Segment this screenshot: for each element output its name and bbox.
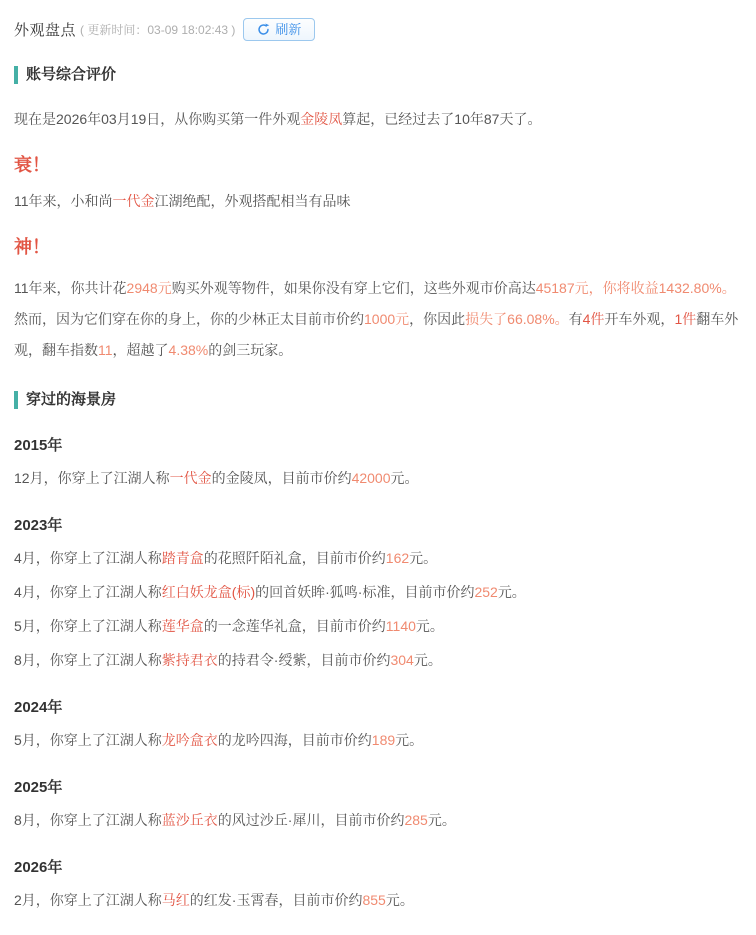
- plain-text: 元。: [498, 584, 526, 600]
- plain-text: 4月，你穿上了江湖人称: [14, 584, 162, 600]
- timeline-item: 4月，你穿上了江湖人称红白妖龙盒(标)的回首妖眸·狐鸣·标准，目前市价约252元…: [14, 582, 740, 603]
- plain-text: 8月，你穿上了江湖人称: [14, 652, 162, 668]
- year-heading: 2025年: [14, 776, 740, 797]
- timeline-list: 2015年12月，你穿上了江湖人称一代金的金陵凤，目前市价约42000元。202…: [14, 434, 740, 911]
- verdict-bad-paragraph: 11年来，小和尚一代金江湖绝配，外观搭配相当有品味: [14, 190, 740, 212]
- highlight-text: 4件: [583, 311, 605, 327]
- plain-text: 2月，你穿上了江湖人称: [14, 892, 162, 908]
- highlight-text: 304: [390, 652, 413, 668]
- section-heading-account-summary: 账号综合评价: [14, 66, 740, 84]
- highlight-text: 踏青盒: [162, 550, 204, 566]
- plain-text: 11年来，你共计花: [14, 280, 127, 296]
- highlight-text: 1140: [386, 618, 416, 634]
- timeline-item: 8月，你穿上了江湖人称蓝沙丘衣的风过沙丘·犀川，目前市价约285元。: [14, 810, 740, 831]
- refresh-button[interactable]: 刷新: [243, 18, 315, 41]
- highlight-text: 紫持君衣: [162, 652, 218, 668]
- highlight-text: 金陵凤: [300, 111, 342, 127]
- plain-text: 算起，已经过去了10年87天了。: [342, 111, 541, 127]
- timeline-item: 2月，你穿上了江湖人称马红的红发·玉霄春，目前市价约855元。: [14, 890, 740, 911]
- highlight-text: 45187元: [536, 280, 589, 296]
- plain-text: 5月，你穿上了江湖人称: [14, 732, 162, 748]
- plain-text: 的金陵凤，目前市价约: [212, 470, 352, 486]
- year-heading: 2026年: [14, 856, 740, 877]
- plain-text: 元。: [395, 732, 423, 748]
- timeline-item: 4月，你穿上了江湖人称踏青盒的花照阡陌礼盒，目前市价约162元。: [14, 548, 740, 569]
- timeline-item: 8月，你穿上了江湖人称紫持君衣的持君令·绶紫，目前市价约304元。: [14, 650, 740, 671]
- plain-text: 购买外观等物件，如果你没有穿上它们，这些外观市价高达: [172, 280, 536, 296]
- verdict-good-heading: 神！: [14, 233, 740, 259]
- topbar: 外观盘点 ( 更新时间：03-09 18:02:43 ) 刷新: [14, 18, 740, 41]
- plain-text: 然而，因为它们穿在你的身上，你的少林正太目前市价约: [14, 311, 364, 327]
- plain-text: 开车外观，: [604, 311, 674, 327]
- highlight-text: 189: [372, 732, 395, 748]
- highlight-text: 1000元: [364, 311, 409, 327]
- plain-text: 的剑三玩家。: [208, 342, 292, 358]
- plain-text: 的风过沙丘·犀川，目前市价约: [218, 812, 405, 828]
- highlight-text: 1件: [674, 311, 696, 327]
- highlight-text: 162: [386, 550, 409, 566]
- plain-text: 元。: [416, 618, 444, 634]
- plain-text: ，超越了: [113, 342, 169, 358]
- update-time: ( 更新时间：03-09 18:02:43 ): [80, 21, 235, 38]
- verdict-bad-heading: 衰！: [14, 151, 740, 177]
- plain-text: 元。: [409, 550, 437, 566]
- plain-text: 11年来，小和尚: [14, 193, 113, 209]
- plain-text: 现在是2026年03月19日，从你购买第一件外观: [14, 111, 300, 127]
- summary-intro-paragraph: 现在是2026年03月19日，从你购买第一件外观金陵凤算起，已经过去了10年87…: [14, 108, 740, 130]
- highlight-text: 一代金: [170, 470, 212, 486]
- highlight-text: 285: [404, 812, 427, 828]
- plain-text: 的持君令·绶紫，目前市价约: [218, 652, 391, 668]
- plain-text: 元。: [391, 470, 419, 486]
- appearance-report-page: 外观盘点 ( 更新时间：03-09 18:02:43 ) 刷新 账号综合评价 现…: [0, 0, 756, 935]
- plain-text: 的花照阡陌礼盒，目前市价约: [204, 550, 386, 566]
- verdict-good-paragraph: 11年来，你共计花2948元购买外观等物件，如果你没有穿上它们，这些外观市价高达…: [14, 273, 740, 366]
- highlight-text: 4.38%: [169, 342, 209, 358]
- highlight-text: 莲华盒: [162, 618, 204, 634]
- plain-text: 元。: [386, 892, 414, 908]
- highlight-text: 龙吟盒衣: [162, 732, 218, 748]
- highlight-text: 红白妖龙盒(标): [162, 584, 255, 600]
- plain-text: 元。: [428, 812, 456, 828]
- highlight-text: 11: [98, 342, 113, 358]
- year-heading: 2015年: [14, 434, 740, 455]
- highlight-text: 252: [474, 584, 497, 600]
- highlight-text: 855: [362, 892, 385, 908]
- plain-text: 的龙吟四海，目前市价约: [218, 732, 372, 748]
- highlight-text: ，: [589, 280, 603, 296]
- highlight-text: 蓝沙丘衣: [162, 812, 218, 828]
- plain-text: 的一念莲华礼盒，目前市价约: [204, 618, 386, 634]
- plain-text: 的红发·玉霄春，目前市价约: [190, 892, 363, 908]
- refresh-icon: [257, 23, 270, 36]
- plain-text: 8月，你穿上了江湖人称: [14, 812, 162, 828]
- section-heading-worn-timeline: 穿过的海景房: [14, 391, 740, 409]
- timeline-item: 12月，你穿上了江湖人称一代金的金陵凤，目前市价约42000元。: [14, 468, 740, 489]
- highlight-text: 你将收益1432.80%。: [603, 280, 736, 296]
- plain-text: 5月，你穿上了江湖人称: [14, 618, 162, 634]
- plain-text: 江湖绝配，外观搭配相当有品味: [155, 193, 351, 209]
- plain-text: 4月，你穿上了江湖人称: [14, 550, 162, 566]
- plain-text: 的回首妖眸·狐鸣·标准，目前市价约: [255, 584, 474, 600]
- timeline-item: 5月，你穿上了江湖人称莲华盒的一念莲华礼盒，目前市价约1140元。: [14, 616, 740, 637]
- page-title: 外观盘点: [14, 19, 76, 40]
- highlight-text: 损失了66.08%。: [465, 311, 568, 327]
- plain-text: 元。: [414, 652, 442, 668]
- plain-text: ，你因此: [409, 311, 465, 327]
- highlight-text: 2948元: [127, 280, 172, 296]
- refresh-button-label: 刷新: [275, 23, 301, 36]
- plain-text: 12月，你穿上了江湖人称: [14, 470, 170, 486]
- year-heading: 2024年: [14, 696, 740, 717]
- year-heading: 2023年: [14, 514, 740, 535]
- timeline-item: 5月，你穿上了江湖人称龙吟盒衣的龙吟四海，目前市价约189元。: [14, 730, 740, 751]
- highlight-text: 马红: [162, 892, 190, 908]
- plain-text: 有: [569, 311, 583, 327]
- highlight-text: 42000: [352, 470, 391, 486]
- highlight-text: 一代金: [113, 193, 155, 209]
